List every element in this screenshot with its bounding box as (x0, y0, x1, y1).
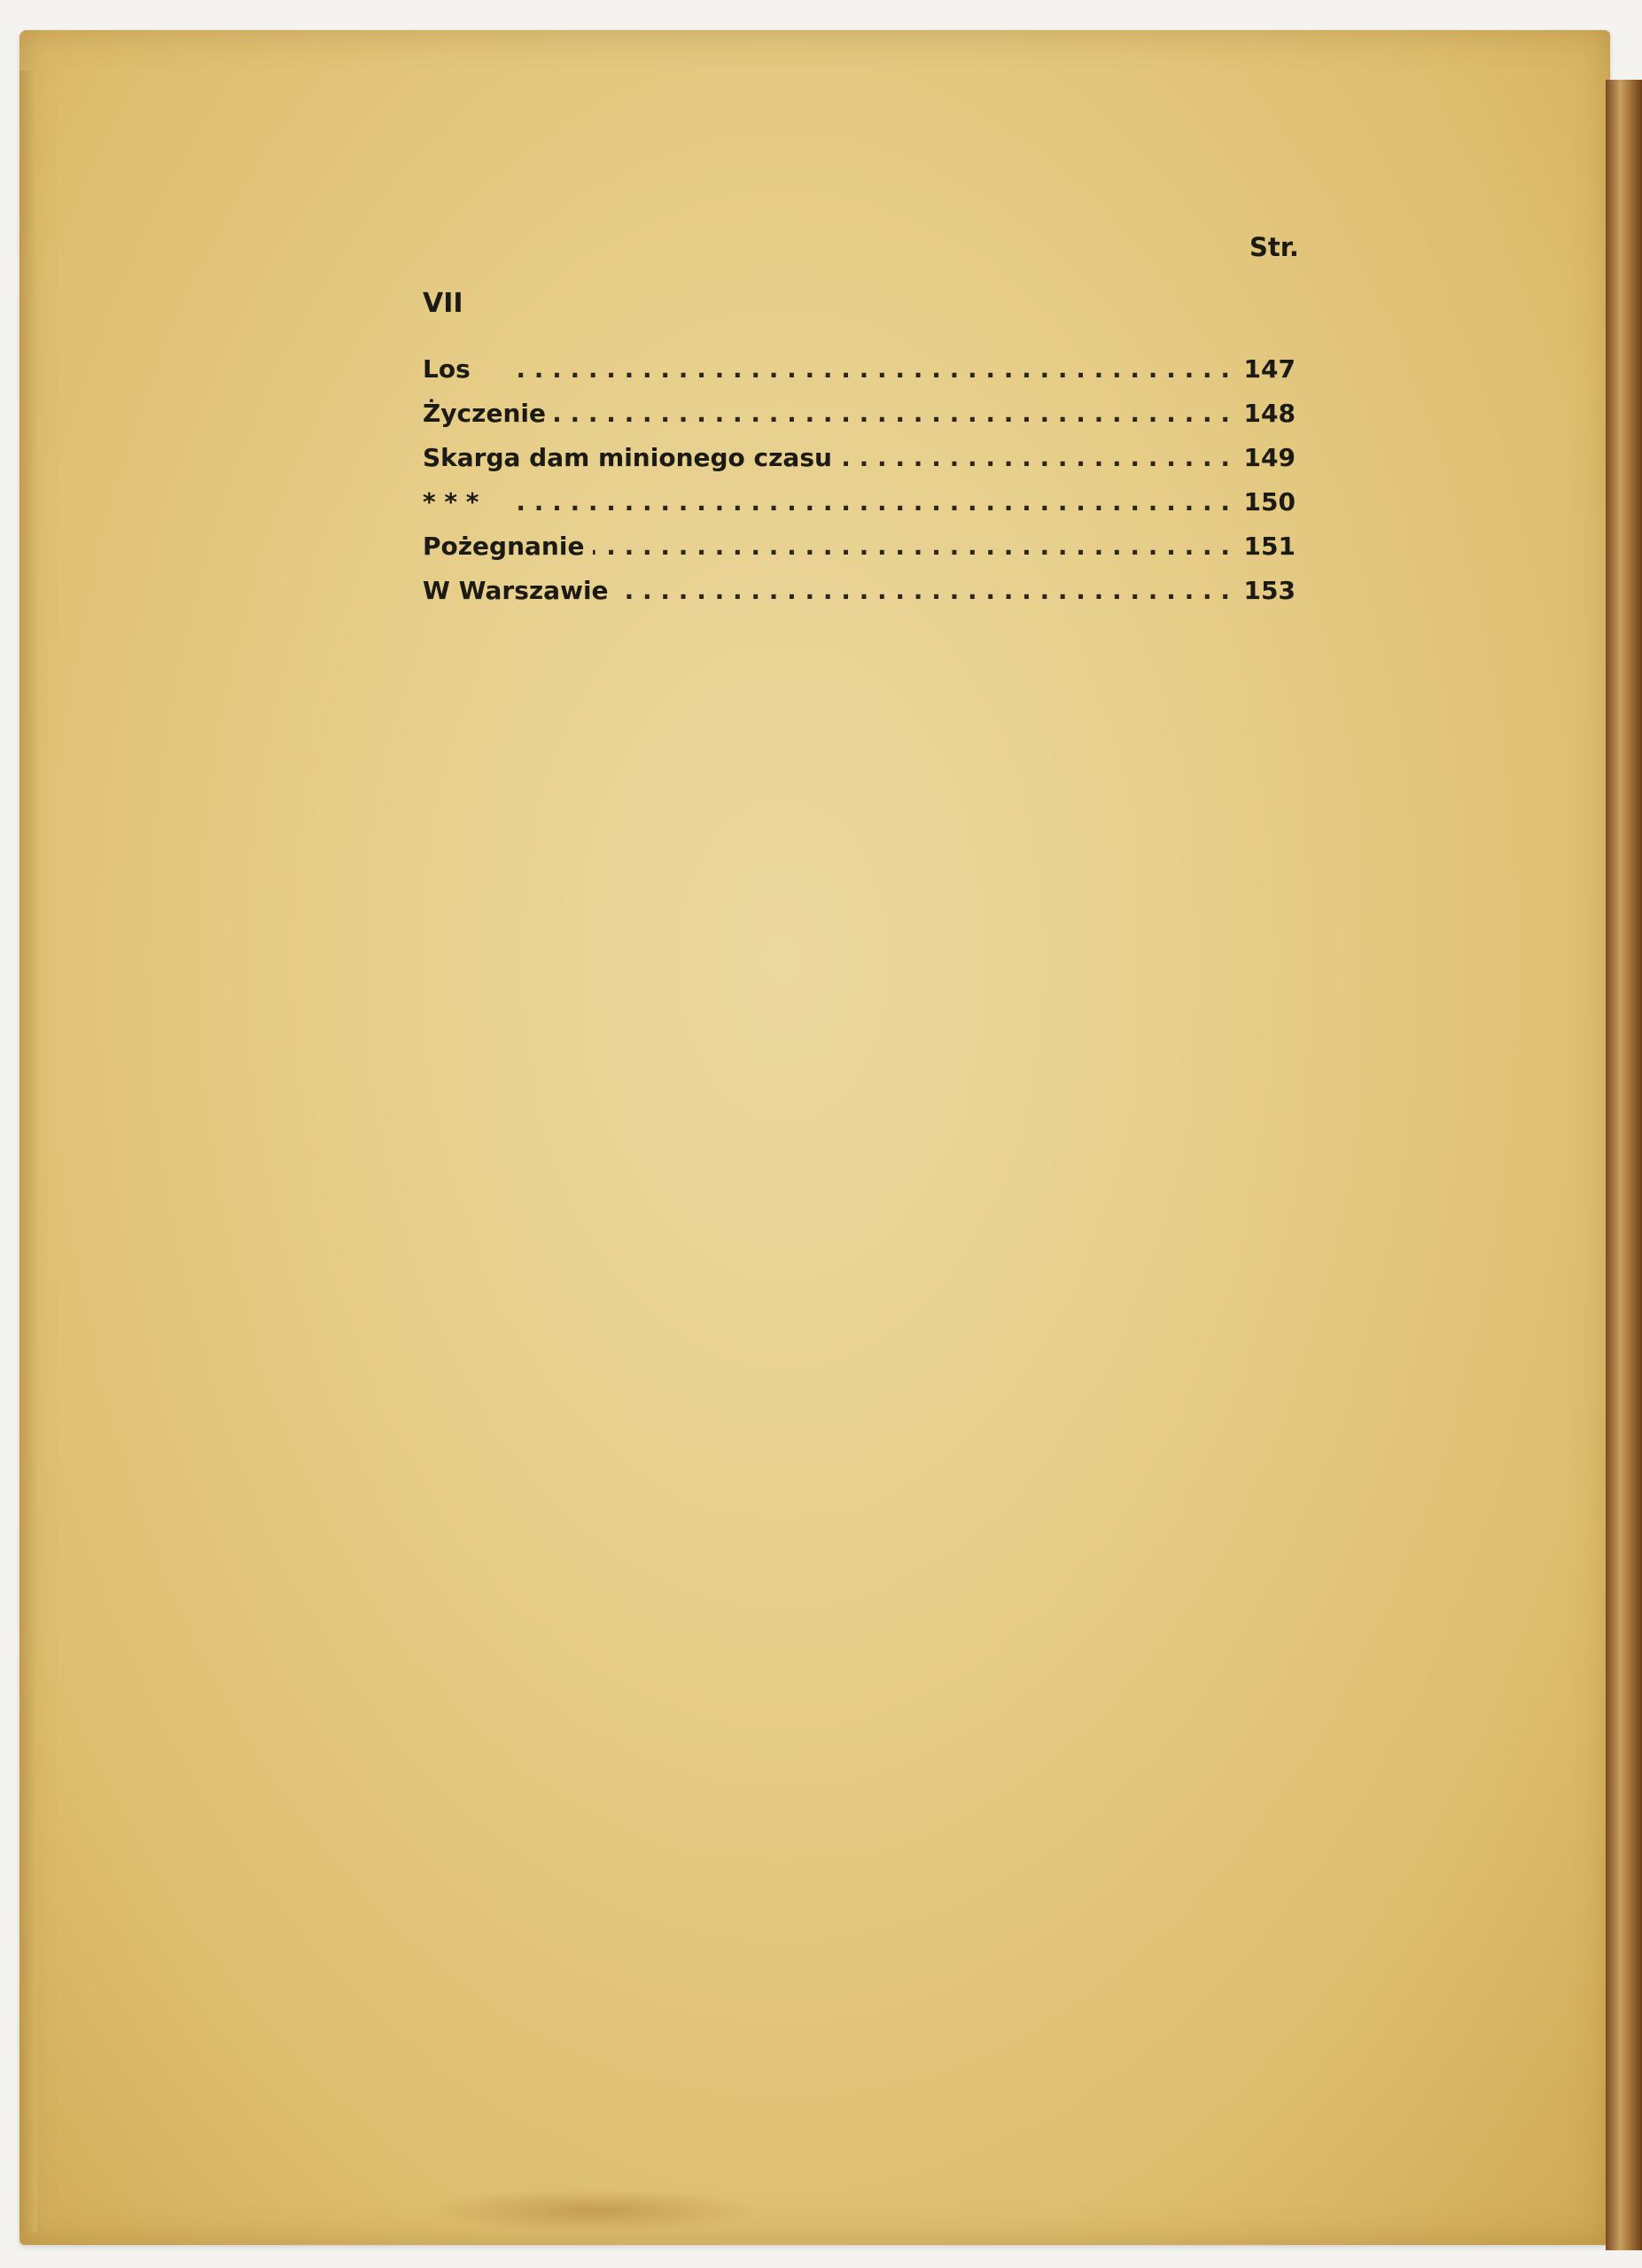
page-edge (19, 71, 37, 2233)
book-spine-edge (1606, 80, 1642, 2250)
toc-entry: * * * . . . . . . . . . . . . . . . . . … (423, 487, 1296, 532)
toc-entry-title: Skarga dam minionego czasu (423, 443, 841, 472)
toc-entry: Los . . . . . . . . . . . . . . . . . . … (423, 354, 1296, 399)
dot-leader: . . . . . . . . . . . . . . . . . . . . … (479, 354, 1230, 384)
dot-leader: . . . . . . . . . . . . . . . . . . . . … (593, 532, 1230, 561)
section-heading: VII (423, 288, 463, 319)
toc-entry: Pożegnanie . . . . . . . . . . . . . . .… (423, 532, 1296, 576)
toc-entry-title: Los (423, 354, 479, 384)
toc-entry-page: 147 (1230, 354, 1296, 384)
toc-entry-title: W Warszawie (423, 576, 618, 605)
dot-leader: . . . . . . . . . . . . . . . . . . . . … (841, 443, 1230, 472)
dot-leader: . . . . . . . . . . . . . . . . . . . . … (487, 487, 1230, 517)
dot-leader: . . . . . . . . . . . . . . . . . . . . … (555, 399, 1230, 428)
water-stain (425, 2188, 762, 2233)
toc-entry: W Warszawie . . . . . . . . . . . . . . … (423, 576, 1296, 620)
toc-entry: Skarga dam minionego czasu . . . . . . .… (423, 443, 1296, 487)
toc-entry-title: Życzenie (423, 399, 555, 428)
toc-entry-page: 153 (1230, 576, 1296, 605)
toc-entry: Życzenie . . . . . . . . . . . . . . . .… (423, 399, 1296, 443)
table-of-contents: Los . . . . . . . . . . . . . . . . . . … (423, 354, 1296, 620)
toc-entry-page: 151 (1230, 532, 1296, 561)
toc-entry-page: 150 (1230, 487, 1296, 517)
page-column-header: Str. (1249, 232, 1299, 262)
toc-entry-title: * * * (423, 487, 487, 517)
toc-entry-title: Pożegnanie (423, 532, 593, 561)
toc-entry-page: 148 (1230, 399, 1296, 428)
toc-entry-page: 149 (1230, 443, 1296, 472)
dot-leader: . . . . . . . . . . . . . . . . . . . . … (618, 576, 1230, 605)
